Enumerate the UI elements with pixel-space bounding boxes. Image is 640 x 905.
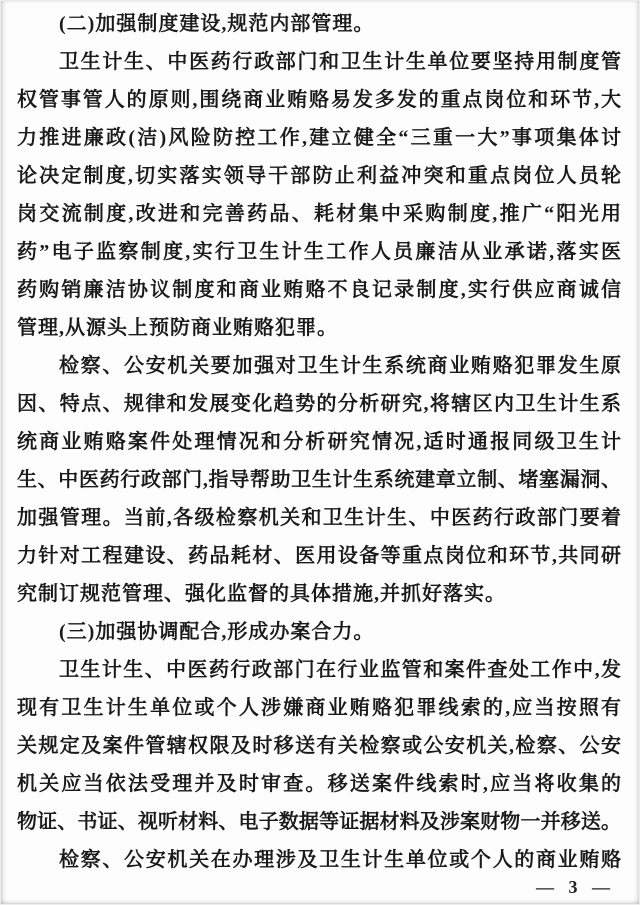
- text-line: 药”电子监察制度,实行卫生计生工作人员廉洁从业承诺,落实医: [17, 233, 621, 271]
- text-line: 生、中医药行政部门,指导帮助卫生计生系统建章立制、堵塞漏洞、: [17, 461, 621, 499]
- text-line: 因、特点、规律和发展变化趋势的分析研究,将辖区内卫生计生系: [17, 385, 621, 423]
- text-line: 现有卫生计生单位或个人涉嫌商业贿赂犯罪线索的,应当按照有: [17, 689, 621, 727]
- text-line: 检察、公安机关在办理涉及卫生计生单位或个人的商业贿赂: [17, 841, 621, 879]
- text-line: 卫生计生、中医药行政部门在行业监管和案件查处工作中,发: [17, 651, 621, 689]
- text-line: 药购销廉洁协议制度和商业贿赂不良记录制度,实行供应商诚信: [17, 271, 621, 309]
- text-line: 关规定及案件管辖权限及时移送有关检察或公安机关,检察、公安: [17, 727, 621, 765]
- text-line: 力针对工程建设、药品耗材、医用设备等重点岗位和环节,共同研: [17, 537, 621, 575]
- text-line: 机关应当依法受理并及时审查。移送案件线索时,应当将收集的: [17, 765, 621, 803]
- document-page: (二)加强制度建设,规范内部管理。 卫生计生、中医药行政部门和卫生计生单位要坚持…: [0, 0, 640, 905]
- text-line: 管理,从源头上预防商业贿赂犯罪。: [17, 309, 621, 347]
- text-line: 岗交流制度,改进和完善药品、耗材集中采购制度,推广“阳光用: [17, 195, 621, 233]
- text-line: 物证、书证、视听材料、电子数据等证据材料及涉案财物一并移送。: [17, 803, 621, 841]
- section-heading: (二)加强制度建设,规范内部管理。: [17, 5, 621, 43]
- text-line: 论决定制度,切实落实领导干部防止利益冲突和重点岗位人员轮: [17, 157, 621, 195]
- text-line: 卫生计生、中医药行政部门和卫生计生单位要坚持用制度管: [17, 43, 621, 81]
- text-line: 统商业贿赂案件处理情况和分析研究情况,适时通报同级卫生计: [17, 423, 621, 461]
- section-heading: (三)加强协调配合,形成办案合力。: [17, 613, 621, 651]
- text-line: 力推进廉政(洁)风险防控工作,建立健全“三重一大”事项集体讨: [17, 119, 621, 157]
- text-line: 究制订规范管理、强化监督的具体措施,并抓好落实。: [17, 575, 621, 613]
- text-line: 检察、公安机关要加强对卫生计生系统商业贿赂犯罪发生原: [17, 347, 621, 385]
- text-line: 加强管理。当前,各级检察机关和卫生计生、中医药行政部门要着: [17, 499, 621, 537]
- text-line: 权管事管人的原则,围绕商业贿赂易发多发的重点岗位和环节,大: [17, 81, 621, 119]
- page-number: — 3 —: [536, 876, 612, 898]
